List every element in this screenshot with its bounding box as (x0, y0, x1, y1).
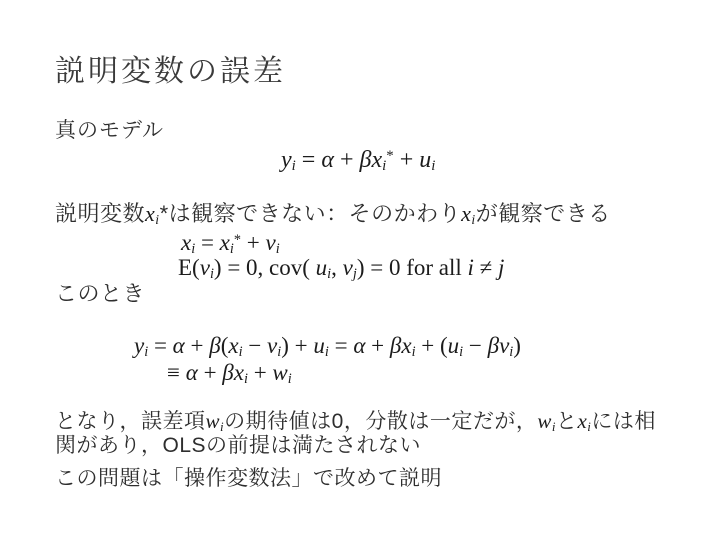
eq-assumptions: E(vi) = 0, cov( ui, vj) = 0 for all i ≠ … (178, 254, 504, 282)
slide-canvas: 説明変数の誤差 真のモデル yi = α + βxi* + ui 説明変数xi*… (0, 0, 720, 540)
conclusion-paragraph: となり，誤差項wiの期待値は0，分散は一定だが，wiとxiには相関があり，OLS… (55, 410, 677, 458)
observe-sentence: 説明変数xi*は観察できない：そのかわりxiが観察できる (55, 201, 611, 227)
eq-measurement: xi = xi* + vi (181, 229, 280, 257)
konotoki-label: このとき (55, 281, 145, 307)
eq-true-model: yi = α + βxi* + ui (281, 146, 435, 175)
eq-defined: ≡ α + βxi + wi (167, 359, 292, 387)
true-model-label: 真のモデル (55, 118, 164, 143)
eq-substituted: yi = α + β(xi − vi) + ui = α + βxi + (ui… (134, 332, 521, 360)
slide-title: 説明変数の誤差 (55, 54, 286, 90)
closing-line: この問題は「操作変数法」で改めて説明 (55, 466, 442, 491)
